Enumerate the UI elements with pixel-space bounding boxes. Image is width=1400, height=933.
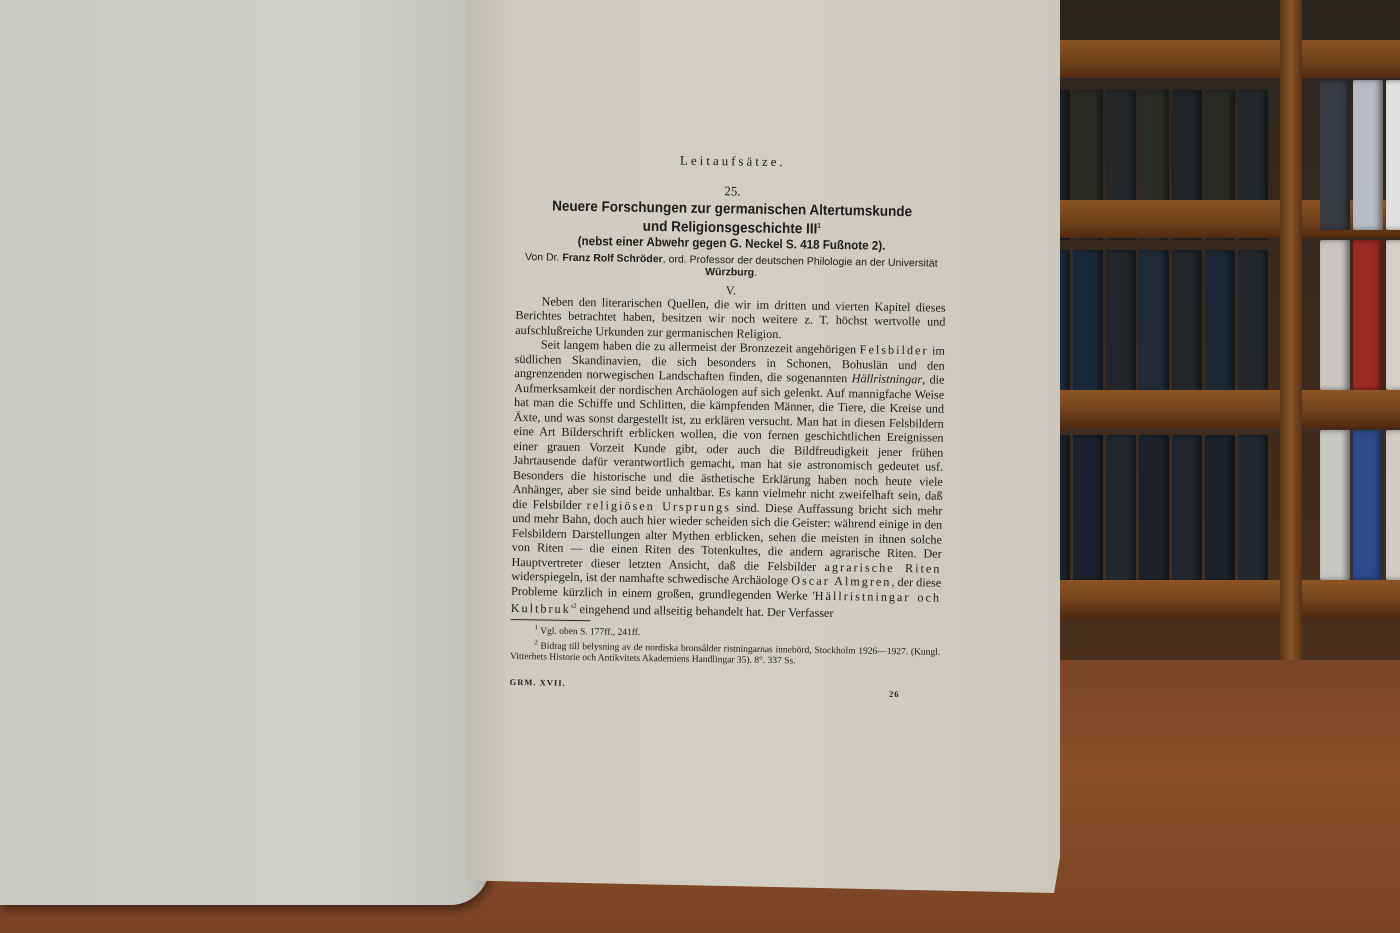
footnote-ref: 1 (817, 223, 821, 230)
paragraph: Neben den literarischen Quellen, die wir… (515, 294, 946, 344)
title-line-1: Neuere Forschungen zur germanischen Alte… (552, 199, 912, 221)
university-place: Würzburg (705, 266, 754, 279)
book-row (1320, 430, 1400, 580)
book-row (1320, 240, 1400, 390)
book-row (1040, 250, 1268, 400)
body-text: Neben den literarischen Quellen, die wir… (511, 294, 946, 623)
sheet-number: 26 (889, 689, 900, 699)
paragraph: Seit langem haben die zu allermeist der … (511, 337, 945, 622)
shelf-board (1000, 390, 1400, 428)
photo-scene: Leitaufsätze. 25. Neuere Forschungen zur… (0, 0, 1400, 933)
footnote-divider (511, 619, 591, 621)
left-page-blank (0, 0, 490, 905)
footnote: 2 Bidrag till belysning av de nordiska b… (510, 637, 940, 670)
footnotes: 1 Vgl. oben S. 177ff., 241ff. 2 Bidrag t… (510, 622, 941, 670)
background-bookshelf (1000, 0, 1400, 680)
book-row (1320, 80, 1400, 230)
shelf-post (1280, 0, 1302, 680)
article-page: Leitaufsätze. 25. Neuere Forschungen zur… (509, 150, 947, 700)
byline: Von Dr. Franz Rolf Schröder, ord. Profes… (516, 251, 946, 282)
author-name: Franz Rolf Schröder (562, 252, 663, 266)
journal-signature: GRM. XVII. (509, 677, 565, 694)
shelf-board (1000, 580, 1400, 618)
book-row (1040, 435, 1268, 585)
shelf-board (1000, 40, 1400, 78)
